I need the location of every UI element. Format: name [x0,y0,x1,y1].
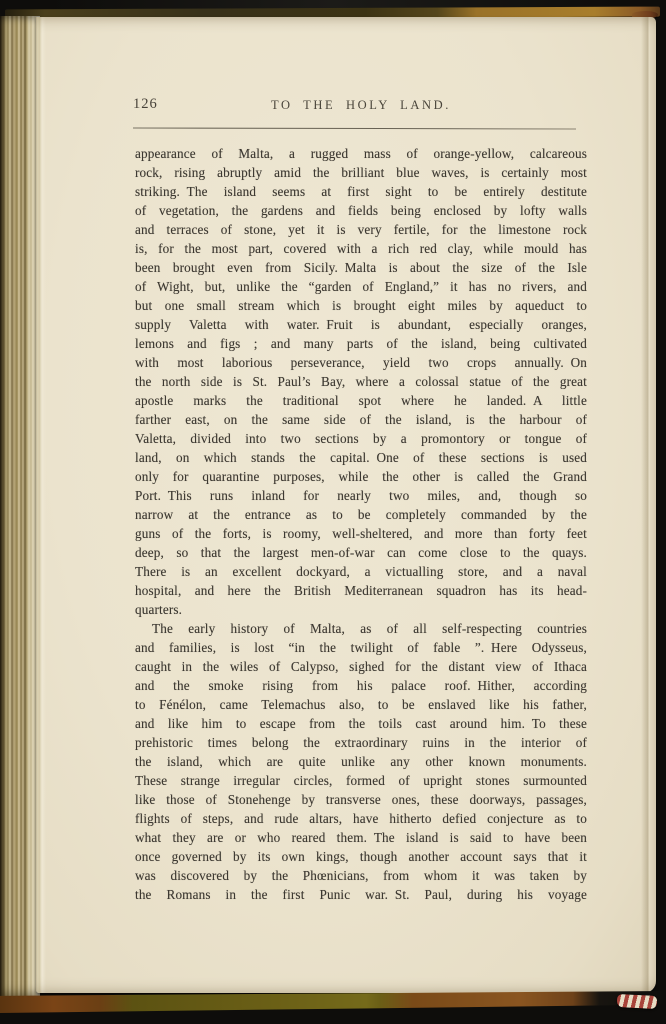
text-line: and terraces of stone, yet it is very fe… [135,220,587,239]
text-line: There is an excellent dockyard, a victua… [135,562,587,581]
text-line: guns of the forts, is roomy, well-shelte… [135,524,587,543]
text-line: and families, is lost “in the twilight o… [135,638,587,657]
body-text: appearance of Malta, a rugged mass of or… [135,144,587,904]
text-line: quarters. [135,600,587,619]
text-line: lemons and figs ; and many parts of the … [135,334,587,353]
text-line: Port. This runs inland for nearly two mi… [135,486,587,505]
text-line: been brought even from Sicily. Malta is … [135,258,587,277]
text-line: deep, so that the largest men-of-war can… [135,543,587,562]
text-line: striking. The island seems at first sigh… [135,182,587,201]
book-headband [617,994,658,1009]
text-line: apostle marks the traditional spot where… [135,391,587,410]
text-line: narrow at the entrance as to be complete… [135,505,587,524]
text-line: the north side is St. Paul’s Bay, where … [135,372,587,391]
text-line: flights of steps, and rude altars, have … [135,809,587,828]
text-line: appearance of Malta, a rugged mass of or… [135,144,587,163]
text-line: Valetta, divided into two sections by a … [135,429,587,448]
text-line: and like him to escape from the toils ca… [135,714,587,733]
text-line: like those of Stonehenge by transverse o… [135,790,587,809]
text-line: land, on which stands the capital. One o… [135,448,587,467]
running-title: TO THE HOLY LAND. [135,98,587,113]
text-line: is, for the most part, covered with a ri… [135,239,587,258]
text-line: was discovered by the Phœnicians, from w… [135,866,587,885]
book-scan: 126 TO THE HOLY LAND. appearance of Malt… [0,0,666,1024]
text-line: once governed by its own kings, though a… [135,847,587,866]
book-cover-bottom-edge [0,991,666,1013]
text-line: to Fénélon, came Telemachus also, to be … [135,695,587,714]
header-rule [133,128,576,130]
text-line: only for quarantine purposes, while the … [135,467,587,486]
text-line: rock, rising abruptly amid the brilliant… [135,163,587,182]
text-line: of Wight, but, unlike the “garden of Eng… [135,277,587,296]
text-line: but one small stream which is brought ei… [135,296,587,315]
text-line: The early history of Malta, as of all se… [135,619,587,638]
text-line: what they are or who reared them. The is… [135,828,587,847]
text-line: farther east, on the same side of the is… [135,410,587,429]
text-line: the Romans in the first Punic war. St. P… [135,885,587,904]
text-line: hospital, and here the British Mediterra… [135,581,587,600]
book-page: 126 TO THE HOLY LAND. appearance of Malt… [36,17,656,993]
text-line: prehistoric times belong the extraordina… [135,733,587,752]
text-line: supply Valetta with water. Fruit is abun… [135,315,587,334]
text-line: with most laborious perseverance, yield … [135,353,587,372]
text-line: These strange irregular circles, formed … [135,771,587,790]
text-line: caught in the wiles of Calypso, sighed f… [135,657,587,676]
text-line: and the smoke rising from his palace roo… [135,676,587,695]
text-line: of vegetation, the gardens and fields be… [135,201,587,220]
page-edge-stack [0,16,40,996]
text-line: the island, which are quite unlike any o… [135,752,587,771]
